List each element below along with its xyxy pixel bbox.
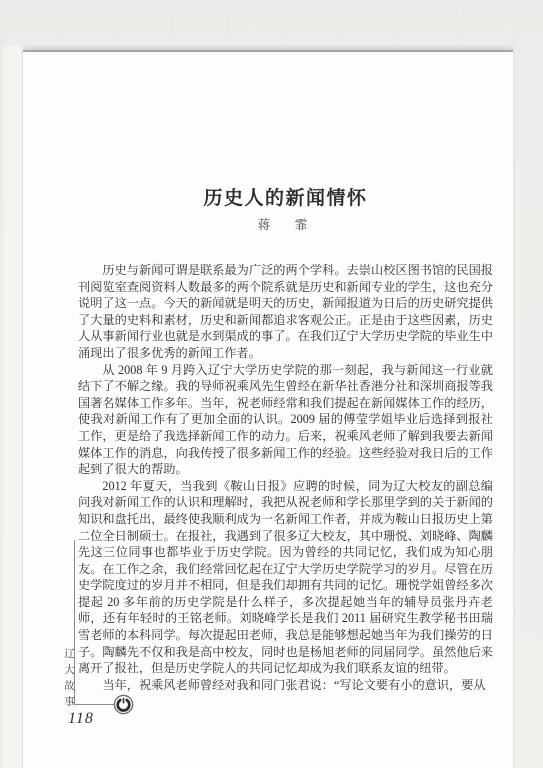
- scan-background: 历史人的新闻情怀 蒋 霏 历史与新闻可谓是联系最为广泛的两个学科。去崇山校区图书…: [0, 0, 543, 768]
- article-body: 历史与新闻可谓是联系最为广泛的两个学科。去崇山校区图书馆的民国报刊阅览室查阅资料…: [78, 262, 493, 693]
- paragraph: 从 2008 年 9 月跨入辽宁大学历史学院的那一刻起，我与新闻这一行业就结下了…: [78, 362, 493, 478]
- article-title: 历史人的新闻情怀: [78, 183, 493, 210]
- paragraph: 当年，祝乘风老师曾经对我和同门张君说：“写论文要有小的意识，要从: [78, 677, 493, 694]
- paragraph: 2012 年夏天，当我到《鞍山日报》应聘的时候，同为辽大校友的副总编问我对新闻工…: [78, 478, 493, 677]
- university-emblem-icon: [113, 694, 134, 715]
- page-number: 118: [68, 710, 94, 728]
- article-author: 蒋 霏: [78, 215, 493, 233]
- book-page: 历史人的新闻情怀 蒋 霏 历史与新闻可谓是联系最为广泛的两个学科。去崇山校区图书…: [23, 50, 513, 768]
- paragraph: 历史与新闻可谓是联系最为广泛的两个学科。去崇山校区图书馆的民国报刊阅览室查阅资料…: [78, 262, 493, 362]
- margin-rule-horizontal: [74, 704, 114, 705]
- series-tab-label: 辽大故事: [61, 648, 76, 714]
